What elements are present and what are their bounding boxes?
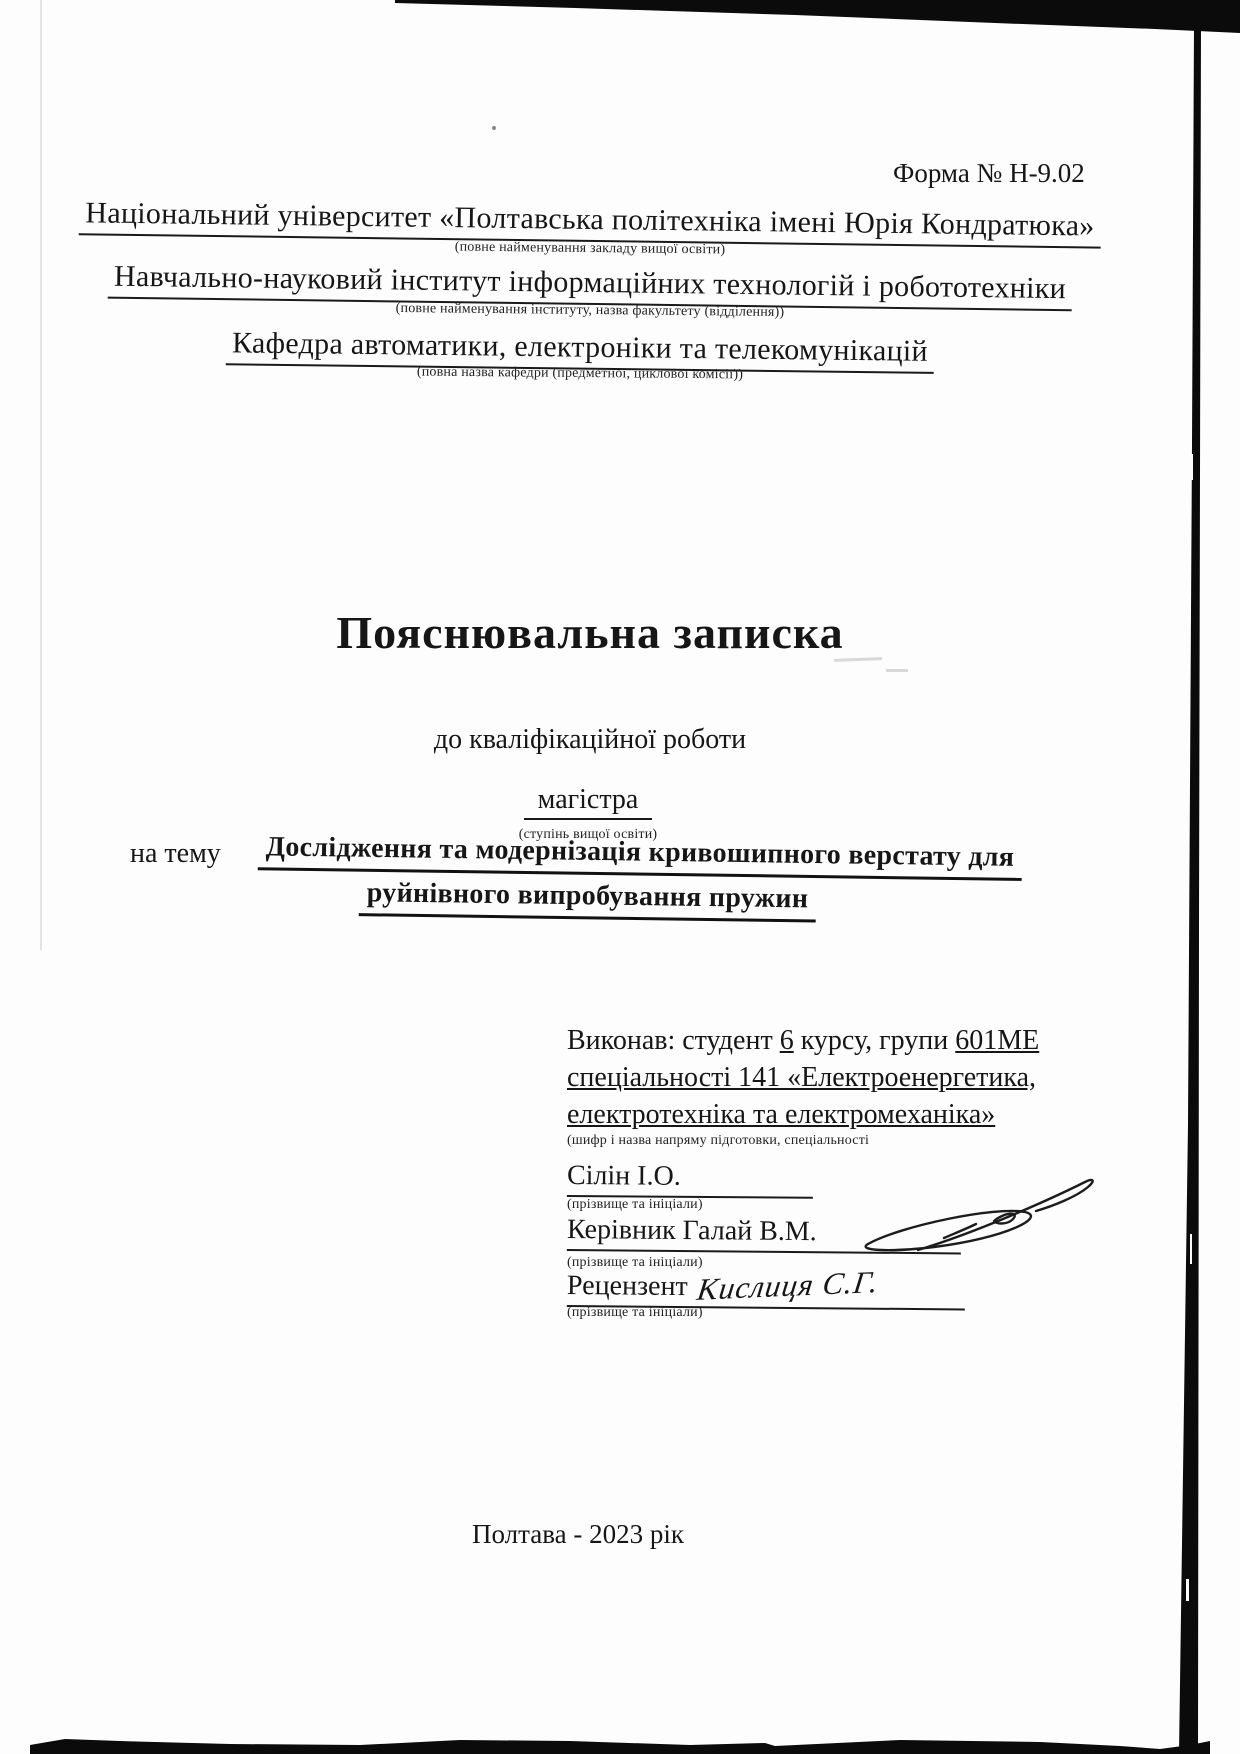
speciality-caption: (шифр і назва напряму підготовки, спеціа… xyxy=(567,1133,1127,1149)
reviewer-label: Рецензент xyxy=(567,1270,688,1302)
course-number: 6 xyxy=(780,1025,794,1056)
supervisor-line: Керівник Галай В.М. xyxy=(567,1214,961,1254)
executor-line-2: спеціальності 141 «Електроенергетика, xyxy=(567,1062,1127,1094)
city-year: Полтава - 2023 рік xyxy=(50,1519,1106,1550)
degree-value: магістра xyxy=(524,784,653,820)
student-name-line: Сілін І.О. xyxy=(567,1160,813,1199)
topic-label: на тему xyxy=(130,838,221,870)
scanned-title-page: Форма № Н-9.02 Національний університет … xyxy=(0,0,1240,1754)
topic-line-2: руйнівного випробування пружин xyxy=(350,877,825,923)
student-caption: (прізвище та ініціали) xyxy=(567,1197,867,1213)
document-title: Пояснювальна записка xyxy=(60,606,1120,659)
scan-speck-dot xyxy=(492,126,496,130)
scan-artifact-left-line xyxy=(40,0,42,950)
scan-artifact-top-band xyxy=(395,0,1240,36)
scan-artifact-right-bar xyxy=(1170,24,1240,1754)
scan-speck-2 xyxy=(886,669,908,672)
group-code: 601МЕ xyxy=(955,1025,1039,1056)
reviewer-line: РецензентКислиця С.Г. xyxy=(567,1266,965,1310)
scan-artifact-bottom-band xyxy=(30,1736,1210,1754)
document-subtitle: до кваліфікаційної роботи xyxy=(60,724,1120,756)
executor-line-1: Виконав: студент 6 курсу, групи 601МЕ xyxy=(567,1025,1127,1057)
degree-line: магістра xyxy=(60,784,1116,820)
reviewer-handwritten-name: Кислиця С.Г. xyxy=(695,1264,881,1308)
form-number: Форма № Н-9.02 xyxy=(893,158,1153,189)
executor-line-3: електротехніка та електромеханіка» xyxy=(567,1099,1127,1131)
reviewer-caption: (прізвище та ініціали) xyxy=(567,1305,867,1321)
